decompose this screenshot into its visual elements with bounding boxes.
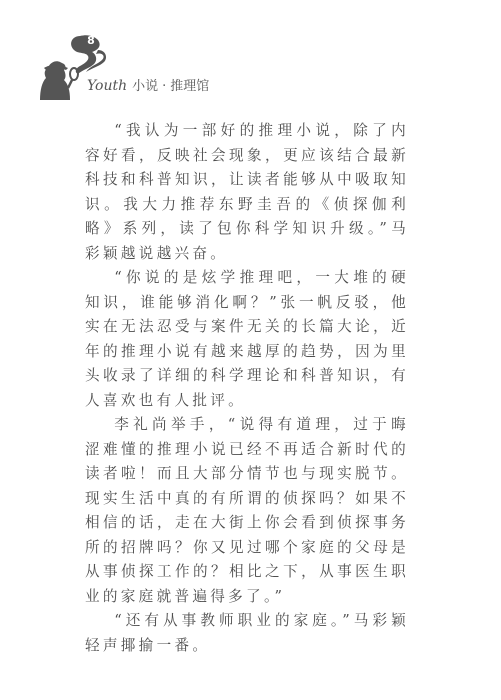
series-title-separator: · — [162, 79, 166, 94]
page-body-text: “我认为一部好的推理小说，除了内容好看，反映社会现象，更应该结合最新科技和科普知… — [85, 119, 409, 658]
paragraph-1: “我认为一部好的推理小说，除了内容好看，反映社会现象，更应该结合最新科技和科普知… — [85, 119, 409, 266]
page-number: 8 — [84, 34, 98, 47]
paragraph-2: “你说的是炫学推理吧，一大堆的硬知识，谁能够消化啊？”张一帆反驳，他实在无法忍受… — [85, 266, 409, 413]
series-title-cn-2: 推理馆 — [170, 79, 209, 94]
paragraph-4: “还有从事教师职业的家庭。”马彩颖轻声揶揄一番。 — [85, 609, 409, 658]
page-header: 8 Youth小说·推理馆 — [0, 0, 501, 110]
series-title-en: Youth — [87, 78, 127, 94]
paragraph-3: 李礼尚举手，“说得有道理，过于晦涩难懂的推理小说已经不再适合新时代的读者啦！而且… — [85, 413, 409, 609]
series-title-cn-1: 小说 — [132, 79, 158, 94]
series-title: Youth小说·推理馆 — [87, 75, 209, 94]
